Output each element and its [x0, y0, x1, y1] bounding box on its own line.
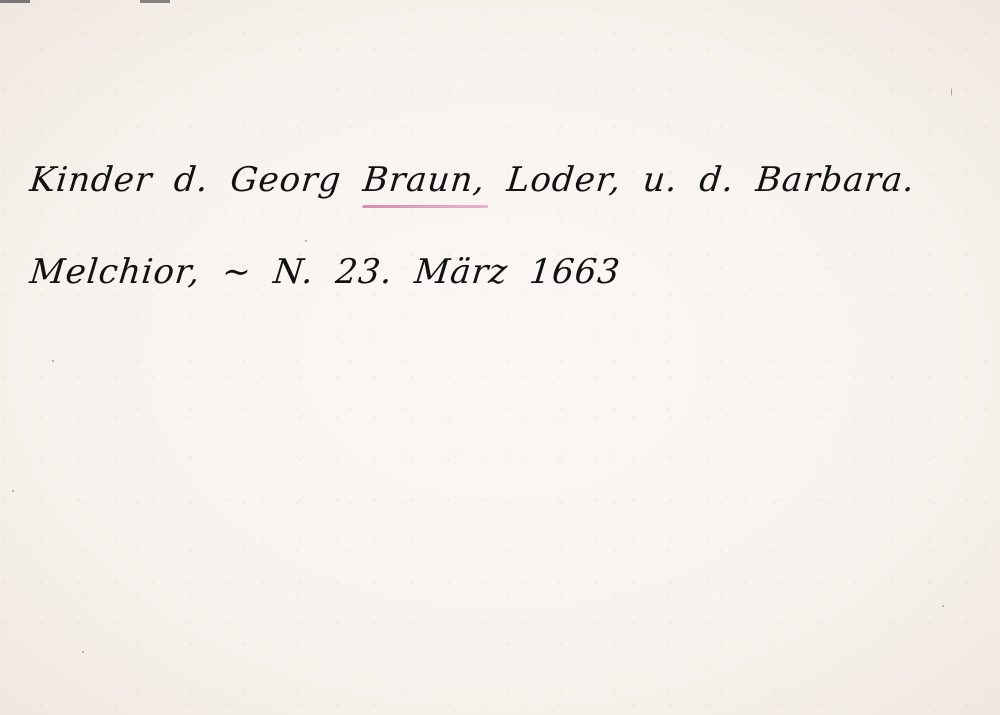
paper-speck: [82, 651, 84, 653]
index-card: Kinder d. Georg Braun, Loder, u. d. Barb…: [0, 0, 1000, 715]
word-kinder: Kinder: [28, 160, 155, 200]
card-top-edge: [0, 0, 1000, 3]
word-day: 23.: [334, 252, 395, 292]
paper-speck: [951, 88, 952, 96]
word-child-name: Melchior,: [28, 252, 203, 292]
word-year: 1663: [528, 252, 623, 292]
record-line-parents: Kinder d. Georg Braun, Loder, u. d. Barb…: [28, 160, 927, 200]
paper-speck: [942, 605, 944, 607]
word-father-given-name: Georg: [228, 160, 343, 200]
word-der-2: d.: [698, 160, 737, 200]
word-month: März: [413, 252, 510, 292]
paper-speck: [305, 240, 307, 242]
word-mother-given-name: Barbara.: [754, 160, 917, 200]
word-occupation: Loder,: [505, 160, 623, 200]
word-surname-underlined: Braun,: [361, 160, 487, 200]
paper-speck: [12, 490, 14, 492]
word-und: u.: [641, 160, 680, 200]
paper-speck: [52, 360, 54, 362]
word-der: d.: [172, 160, 211, 200]
record-line-child: Melchior, ~ N. 23. März 1663: [28, 252, 632, 292]
word-place-abbrev: N.: [271, 252, 316, 292]
baptism-symbol: ~: [220, 252, 254, 292]
